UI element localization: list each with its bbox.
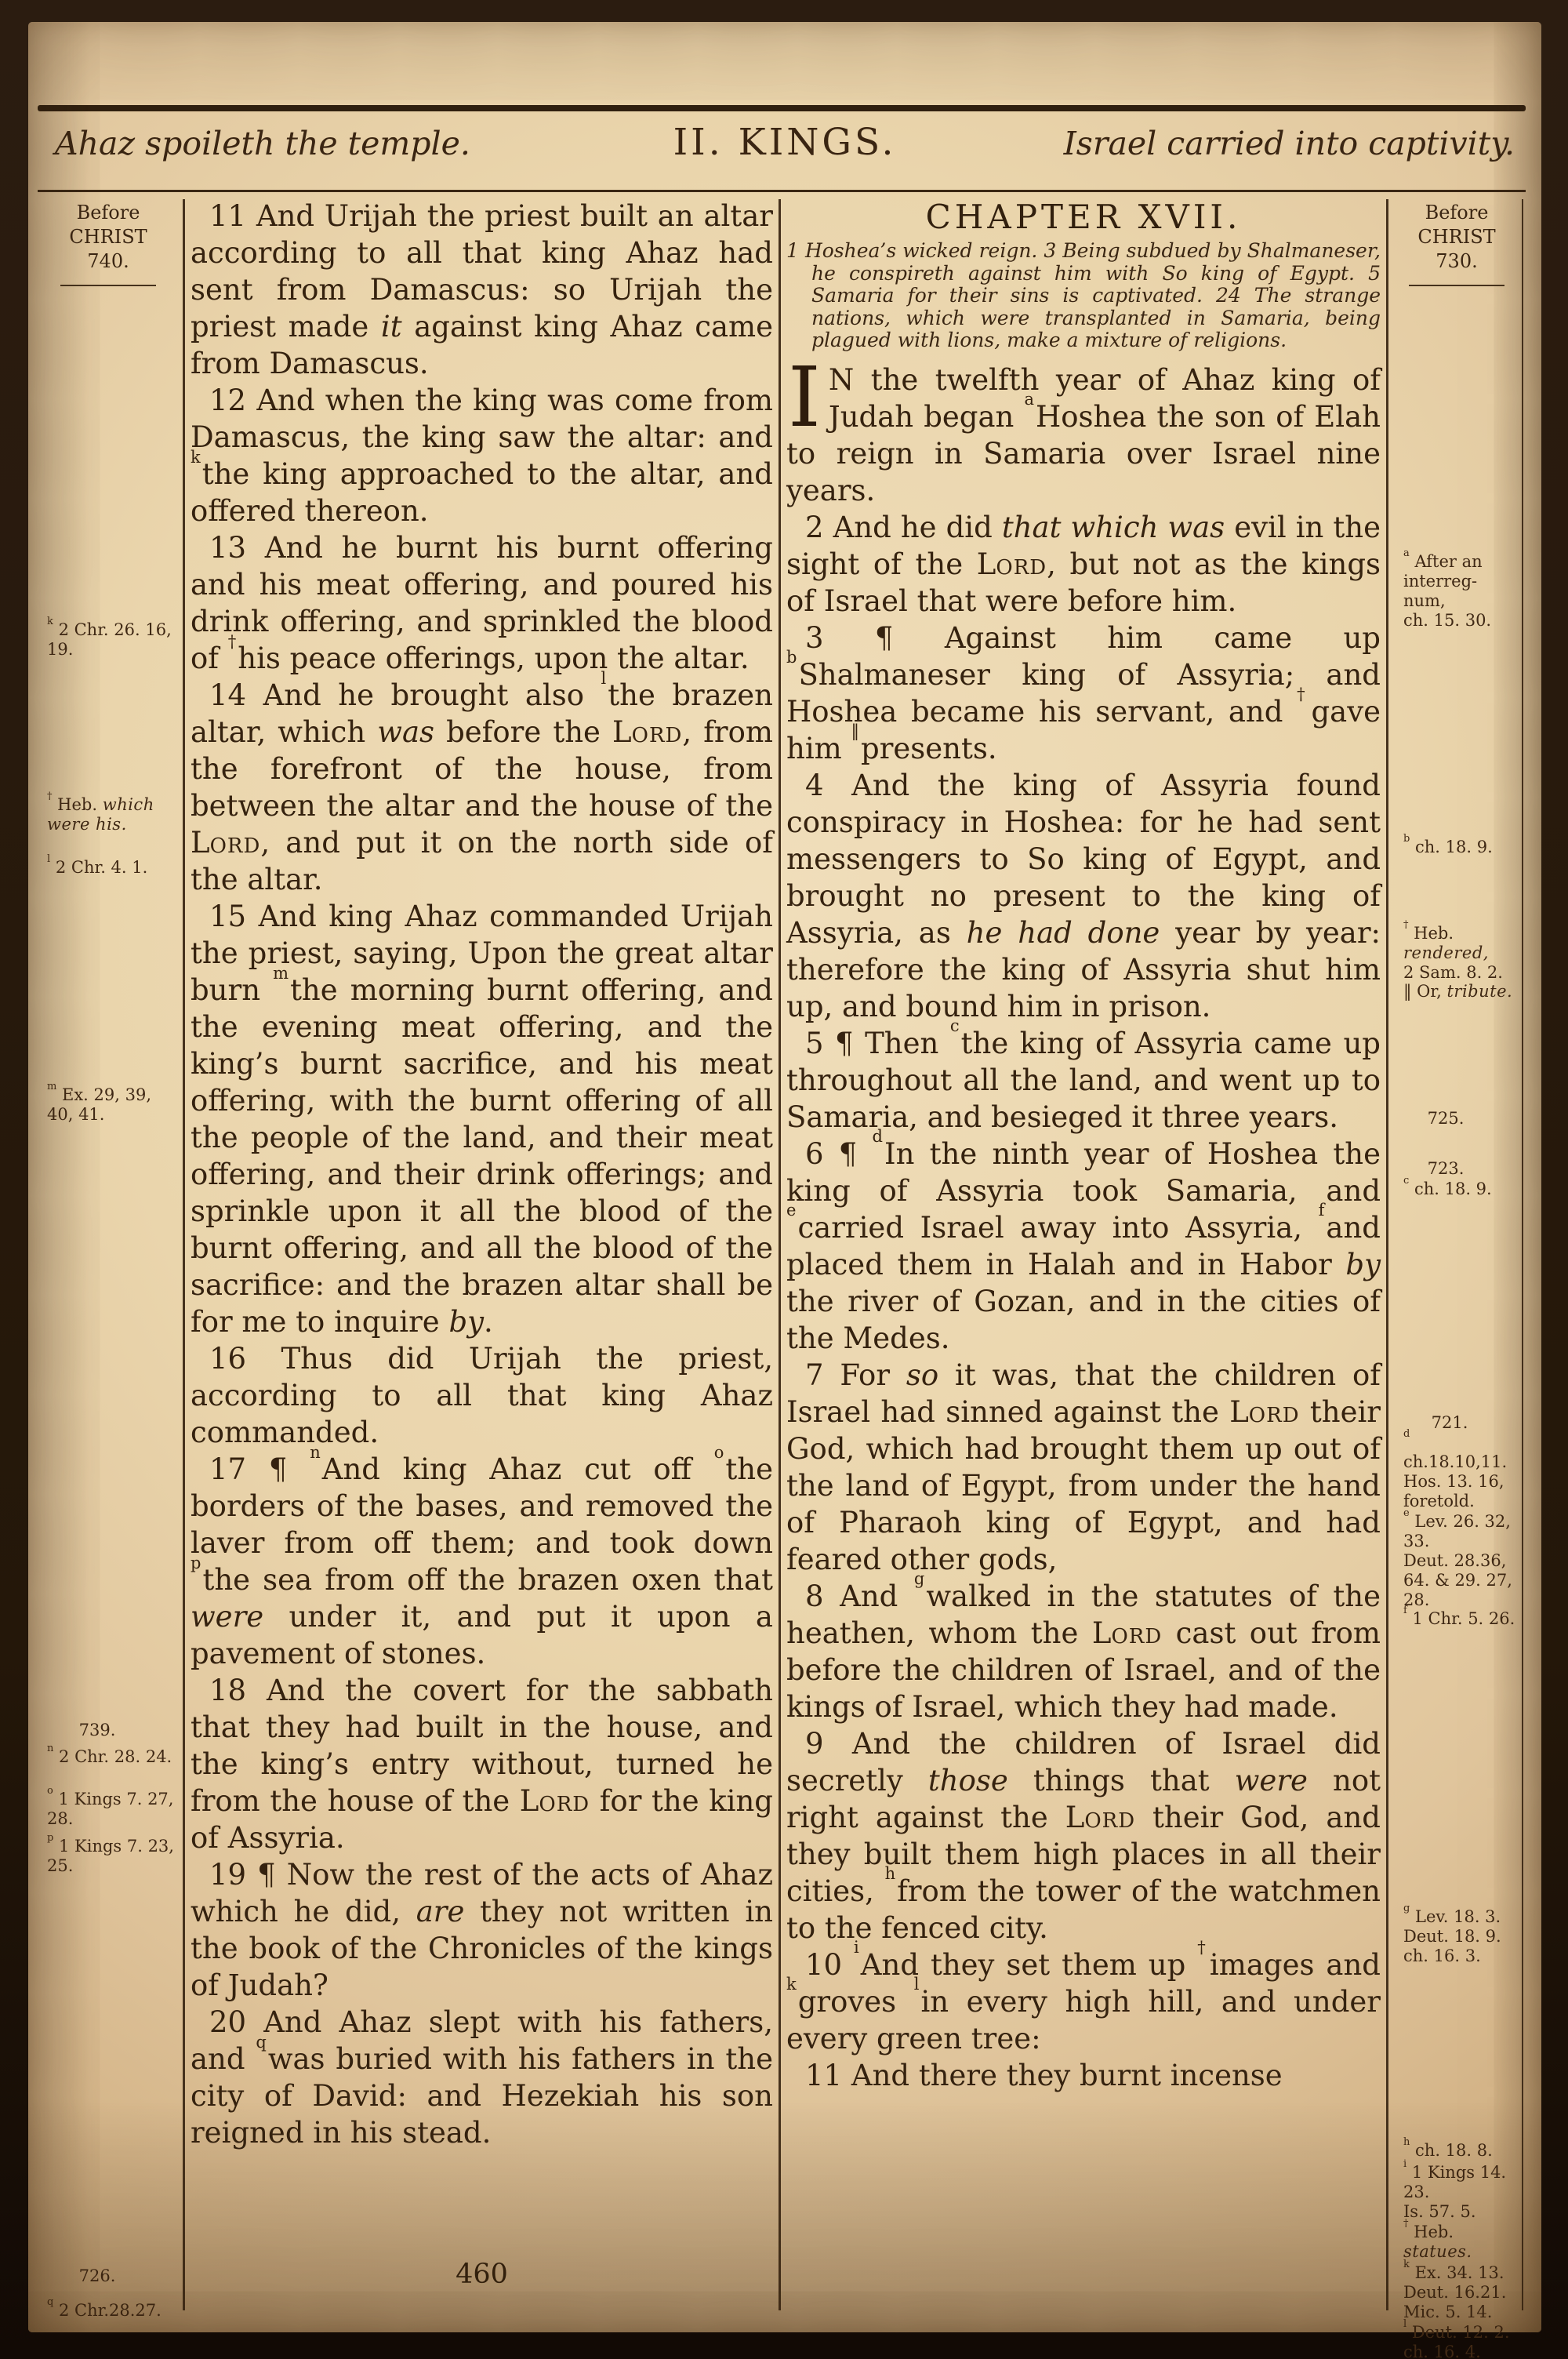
verse-text: 16 Thus did Urijah the priest, according… bbox=[191, 1342, 773, 1449]
verse-text: 19 ¶ Now the rest of the acts of Ahaz wh… bbox=[191, 1858, 773, 2002]
margin-note: g Lev. 18. 3.Deut. 18. 9.ch. 16. 3. bbox=[1403, 1907, 1518, 1966]
verse: 6 ¶ dIn the ninth year of Hoshea the kin… bbox=[786, 1136, 1381, 1357]
verse: 7 For so it was, that the children of Is… bbox=[786, 1357, 1381, 1578]
margin-note: m Ex. 29, 39, 40, 41. bbox=[47, 1085, 177, 1125]
verse-text: 11 And Urijah the priest built an altar … bbox=[191, 199, 773, 380]
verse: 11 And there they burnt incense bbox=[786, 2057, 1381, 2094]
margin-note: e Lev. 26. 32,33. bbox=[1403, 1512, 1518, 1551]
verse: 19 ¶ Now the rest of the acts of Ahaz wh… bbox=[191, 1856, 773, 2004]
right-margin-notes-column: Before CHRIST 730. a After aninterreg-nu… bbox=[1396, 201, 1518, 2310]
header-divider-rule bbox=[38, 190, 1526, 192]
margin-note: i 1 Kings 14.23.Is. 57. 5. bbox=[1403, 2163, 1518, 2222]
verse-text: 8 And gwalked in the statutes of the hea… bbox=[786, 1579, 1381, 1724]
margin-note: b ch. 18. 9. bbox=[1403, 838, 1518, 857]
margin-note: † Heb.statues. bbox=[1403, 2223, 1518, 2262]
margin-note: f 1 Chr. 5. 26. bbox=[1403, 1609, 1518, 1629]
verse: 12 And when the king was come from Damas… bbox=[191, 382, 773, 529]
margin-note: 726. bbox=[39, 2266, 155, 2286]
left-text-column: 11 And Urijah the priest built an altar … bbox=[191, 198, 773, 2151]
running-header: Ahaz spoileth the temple. II. KINGS. Isr… bbox=[55, 121, 1515, 166]
chapter-heading: CHAPTER XVII. bbox=[786, 198, 1381, 237]
verse-text: 14 And he brought also lthe brazen altar… bbox=[191, 678, 773, 896]
verse: 8 And gwalked in the statutes of the hea… bbox=[786, 1578, 1381, 1725]
verse: 5 ¶ Then cthe king of Assyria came up th… bbox=[786, 1025, 1381, 1136]
bc-word-christ: CHRIST bbox=[39, 225, 177, 249]
margin-note: l Deut. 12. 2.ch. 16. 4. bbox=[1403, 2323, 1518, 2359]
verse-text: 4 And the king of Assyria found conspira… bbox=[786, 769, 1381, 1023]
verse: 16 Thus did Urijah the priest, according… bbox=[191, 1340, 773, 1451]
margin-note: n 2 Chr. 28. 24. bbox=[47, 1747, 177, 1767]
verse: 14 And he brought also lthe brazen altar… bbox=[191, 677, 773, 898]
verse-text: 5 ¶ Then cthe king of Assyria came up th… bbox=[786, 1027, 1381, 1134]
margin-note: k 2 Chr. 26. 16, 19. bbox=[47, 620, 177, 660]
bc-word-christ: CHRIST bbox=[1396, 225, 1518, 249]
verse: 18 And the covert for the sabbath that t… bbox=[191, 1672, 773, 1856]
verse-text: 7 For so it was, that the children of Is… bbox=[786, 1358, 1381, 1576]
verse: 20 And Ahaz slept with his fathers, and … bbox=[191, 2004, 773, 2151]
book-title: II. KINGS. bbox=[650, 121, 920, 164]
bc-year: 730. bbox=[1396, 249, 1518, 274]
margin-note: q 2 Chr.28.27. bbox=[47, 2301, 177, 2321]
header-right-caption: Israel carried into captivity. bbox=[920, 125, 1515, 162]
margin-note: † Heb.rendered,2 Sam. 8. 2. bbox=[1403, 924, 1518, 983]
right-text-column: CHAPTER XVII. 1 Hoshea’s wicked reign. 3… bbox=[786, 198, 1381, 2094]
verse-text: 13 And he burnt his burnt offering and h… bbox=[191, 531, 773, 675]
bc-divider bbox=[1409, 285, 1504, 286]
verse-text: 3 ¶ Against him came up bShalmaneser kin… bbox=[786, 621, 1381, 765]
verse: 3 ¶ Against him came up bShalmaneser kin… bbox=[786, 620, 1381, 767]
column-rule-right-margin bbox=[1386, 199, 1388, 2310]
verse: 11 And Urijah the priest built an altar … bbox=[191, 198, 773, 382]
margin-note: k Ex. 34. 13.Deut. 16.21.Mic. 5. 14. bbox=[1403, 2263, 1518, 2322]
book-page: Ahaz spoileth the temple. II. KINGS. Isr… bbox=[28, 22, 1541, 2332]
bc-divider bbox=[60, 285, 156, 286]
verse-text: 17 ¶ nAnd king Ahaz cut off othe borders… bbox=[191, 1452, 773, 1670]
verse-text: 18 And the covert for the sabbath that t… bbox=[191, 1674, 773, 1855]
margin-note: ‖ Or, tribute. bbox=[1403, 982, 1518, 1001]
verse-text: 2 And he did that which was evil in the … bbox=[786, 511, 1381, 618]
before-christ-date-left: Before CHRIST 740. bbox=[39, 201, 177, 286]
top-border-rule bbox=[38, 105, 1526, 111]
scanned-bible-page-photo: { "header": { "left": "Ahaz spoileth the… bbox=[0, 0, 1568, 2359]
left-margin-notes-column: Before CHRIST 740. k 2 Chr. 26. 16, 19.†… bbox=[39, 201, 177, 2310]
page-edge-rule bbox=[1522, 199, 1523, 2310]
margin-note: a After aninterreg-num,ch. 15. 30. bbox=[1403, 552, 1518, 631]
verse-text: 6 ¶ dIn the ninth year of Hoshea the kin… bbox=[786, 1137, 1381, 1355]
verse: 9 And the children of Israel did secretl… bbox=[786, 1725, 1381, 1946]
margin-note: Deut. 28.36,64. & 29. 27,28. bbox=[1403, 1551, 1518, 1610]
bc-word-before: Before bbox=[1396, 201, 1518, 225]
verse: 17 ¶ nAnd king Ahaz cut off othe borders… bbox=[191, 1451, 773, 1672]
header-left-caption: Ahaz spoileth the temple. bbox=[55, 125, 650, 162]
page-number: 460 bbox=[191, 2259, 773, 2290]
verse: IN the twelfth year of Ahaz king of Juda… bbox=[786, 362, 1381, 509]
verse-text: 20 And Ahaz slept with his fathers, and … bbox=[191, 2005, 773, 2150]
margin-note: p 1 Kings 7. 23, 25. bbox=[47, 1837, 177, 1876]
margin-note: † Heb. which were his. bbox=[47, 795, 177, 834]
verse-text: N the twelfth year of Ahaz king of Judah… bbox=[786, 363, 1381, 507]
before-christ-date-right: Before CHRIST 730. bbox=[1396, 201, 1518, 286]
column-rule-center bbox=[779, 199, 781, 2310]
drop-cap: I bbox=[788, 366, 821, 429]
margin-note: l 2 Chr. 4. 1. bbox=[47, 858, 177, 878]
margin-note: o 1 Kings 7. 27, 28. bbox=[47, 1790, 177, 1829]
margin-note: c ch. 18. 9. bbox=[1403, 1179, 1518, 1199]
column-rule-left-margin bbox=[183, 199, 185, 2310]
verse-text: 15 And king Ahaz commanded Urijah the pr… bbox=[191, 900, 773, 1339]
margin-note: h ch. 18. 8. bbox=[1403, 2141, 1518, 2161]
chapter-summary: 1 Hoshea’s wicked reign. 3 Being subdued… bbox=[786, 240, 1381, 352]
verse-text: 9 And the children of Israel did secretl… bbox=[786, 1727, 1381, 1945]
bc-year: 740. bbox=[39, 249, 177, 274]
verse: 15 And king Ahaz commanded Urijah the pr… bbox=[191, 898, 773, 1340]
bc-word-before: Before bbox=[39, 201, 177, 225]
verse: 13 And he burnt his burnt offering and h… bbox=[191, 529, 773, 677]
margin-note: 739. bbox=[39, 1721, 155, 1740]
margin-note: 721.d ch.18.10,11.Hos. 13. 16,foretold. bbox=[1403, 1413, 1518, 1511]
verse: 4 And the king of Assyria found conspira… bbox=[786, 767, 1381, 1025]
verse-text: 12 And when the king was come from Damas… bbox=[191, 383, 773, 528]
margin-note: 723. bbox=[1396, 1159, 1496, 1179]
margin-note: 725. bbox=[1396, 1109, 1496, 1129]
verse-text: 10 iAnd they set them up †images and kgr… bbox=[786, 1948, 1381, 2055]
verse-text: 11 And there they burnt incense bbox=[805, 2059, 1283, 2092]
verse: 2 And he did that which was evil in the … bbox=[786, 509, 1381, 620]
verse: 10 iAnd they set them up †images and kgr… bbox=[786, 1946, 1381, 2057]
